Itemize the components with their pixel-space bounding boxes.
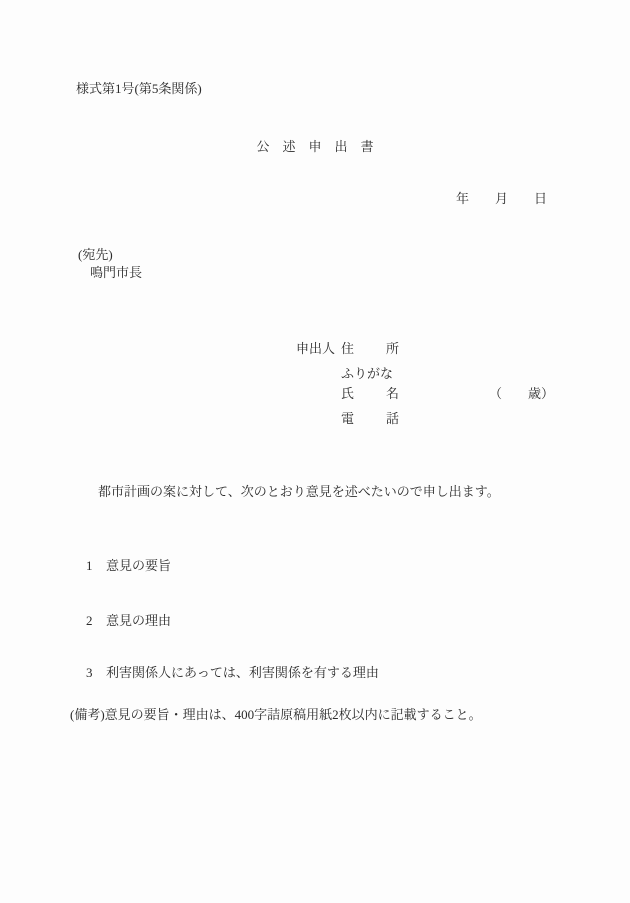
item-label: 意見の要旨 (106, 558, 171, 573)
list-item-1: 1意見の要旨 (73, 543, 171, 588)
item-label: 利害関係人にあっては、利害関係を有する理由 (106, 665, 379, 680)
applicant-address-label: 住 所 (341, 341, 401, 356)
applicant-age-field: （ 歳） (489, 386, 554, 401)
item-number: 2 (86, 613, 106, 628)
note-text: (備考)意見の要旨・理由は、400字詰原稿用紙2枚以内に記載すること。 (70, 707, 482, 722)
item-label: 意見の理由 (106, 613, 171, 628)
applicant-phone-label: 電 話 (341, 411, 401, 426)
item-number: 1 (86, 558, 106, 573)
date-line: 年 月 日 (456, 191, 547, 206)
item-number: 3 (86, 665, 106, 680)
applicant-label: 申出人 (296, 341, 335, 356)
statement-text: 都市計画の案に対して、次のとおり意見を述べたいので申し出ます。 (98, 484, 500, 499)
applicant-furigana-label: ふりがな (341, 366, 393, 381)
document-title: 公 述 申 出 書 (0, 139, 630, 154)
document-page: 様式第1号(第5条関係) 公 述 申 出 書 年 月 日 (宛先) 鳴門市長 申… (0, 0, 630, 903)
applicant-name-label: 氏 名 (341, 386, 401, 401)
list-item-3: 3利害関係人にあっては、利害関係を有する理由 (73, 650, 379, 695)
form-number: 様式第1号(第5条関係) (76, 81, 202, 96)
addressee-name: 鳴門市長 (90, 265, 142, 280)
list-item-2: 2意見の理由 (73, 598, 171, 643)
addressee-label: (宛先) (78, 247, 113, 262)
